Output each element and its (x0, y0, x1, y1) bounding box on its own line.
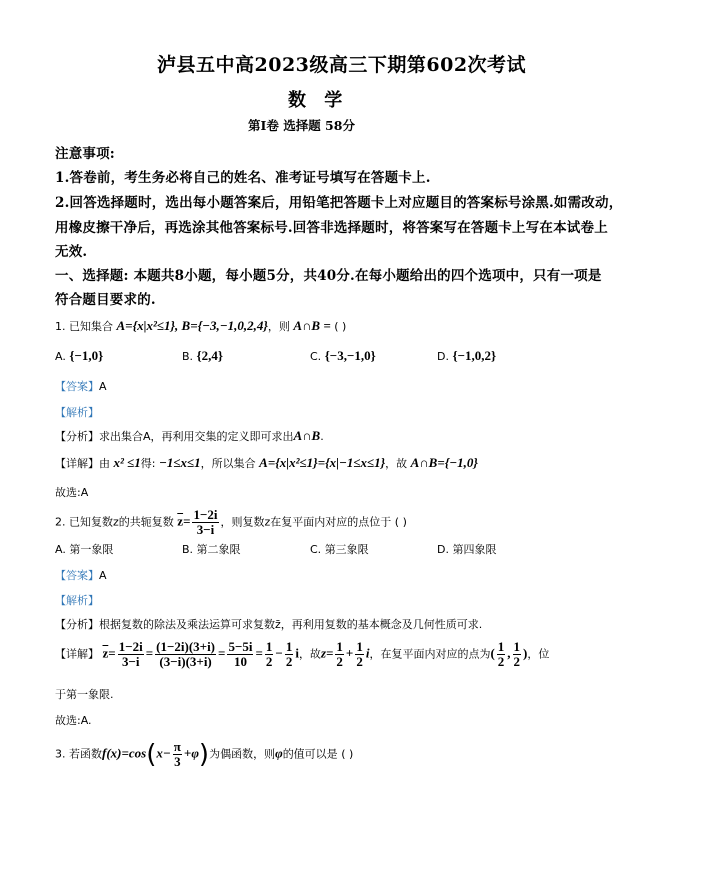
option-a: A. 第一象限 (55, 541, 113, 557)
notice-heading: 注意事项: (55, 142, 115, 162)
question-stem: 已知集合 (69, 320, 113, 333)
math-expression: A∩B = (293, 318, 330, 333)
question-1: 1. 已知集合 A={x|x²≤1}, B={−3,−1,0,2,4}，则 A∩… (55, 318, 346, 334)
answer-line-1: 【答案】A (55, 378, 107, 394)
notice-item-2-end: 无效. (55, 240, 87, 260)
notice-item-2-cont: 用橡皮擦干净后，再选涂其他答案标号.回答非选择题时，将答案写在答题卡上写在本试卷… (55, 216, 608, 236)
answer-label: 【答案】 (55, 380, 99, 393)
fenxi-line-2: 【分析】根据复数的除法及乘法运算可求复数z̄，再利用复数的基本概念及几何性质可求… (55, 616, 482, 632)
answer-line-2: 【答案】A (55, 567, 107, 583)
option-b: B. {2,4} (182, 348, 223, 364)
choose-line-2: 故选:A. (55, 712, 92, 728)
question-3: 3. 若函数f(x)=cos(x−π3+φ)为偶函数，则φ的值可以是 ( ) (55, 740, 353, 769)
exam-page: 泸县五中高2023级高三下期第602次考试 数 学 第I卷 选择题 58分 注意… (0, 0, 701, 877)
answer-paren: ( ) (334, 320, 346, 333)
option-c: C. {−3,−1,0} (310, 348, 376, 364)
subject-title: 数 学 (288, 86, 348, 112)
notice-item-2: 2.回答选择题时，选出每小题答案后，用铅笔把答题卡上对应题目的答案标号涂黑.如需… (55, 191, 622, 211)
choose-line-1: 故选:A (55, 484, 88, 500)
part-heading: 一、选择题: 本题共8小题，每小题5分，共40分.在每小题给出的四个选项中，只有… (55, 264, 602, 284)
option-d: D. 第四象限 (437, 541, 496, 557)
notice-item-1: 1.答卷前，考生务必将自己的姓名、准考证号填写在答题卡上. (55, 166, 431, 186)
option-a: A. {−1,0} (55, 348, 103, 364)
part-heading-cont: 符合题目要求的. (55, 288, 156, 308)
option-c: C. 第三象限 (310, 541, 369, 557)
analysis-label-2: 【解析】 (55, 592, 99, 608)
question-number: 1. (55, 320, 66, 333)
xiangjie-line-1: 【详解】由 x² ≤1得: −1≤x≤1，所以集合 A={x|x²≤1}={x|… (55, 455, 478, 471)
xiangjie-line-2-cont: 于第一象限. (55, 686, 114, 702)
section-heading: 第I卷 选择题 58分 (248, 116, 355, 134)
math-expression: A={x|x²≤1}, B={−3,−1,0,2,4} (117, 318, 268, 333)
analysis-label-1: 【解析】 (55, 404, 99, 420)
exam-title: 泸县五中高2023级高三下期第602次考试 (157, 50, 526, 77)
question-2: 2. 已知复数z的共轭复数 z=1−2i3−i，则复数z在复平面内对应的点位于 … (55, 508, 407, 537)
fenxi-line-1: 【分析】求出集合A，再利用交集的定义即可求出A∩B. (55, 428, 324, 444)
option-b: B. 第二象限 (182, 541, 241, 557)
option-d: D. {−1,0,2} (437, 348, 496, 364)
xiangjie-line-2: 【详解】 z=1−2i3−i=(1−2i)(3+i)(3−i)(3+i)=5−5… (55, 640, 549, 669)
